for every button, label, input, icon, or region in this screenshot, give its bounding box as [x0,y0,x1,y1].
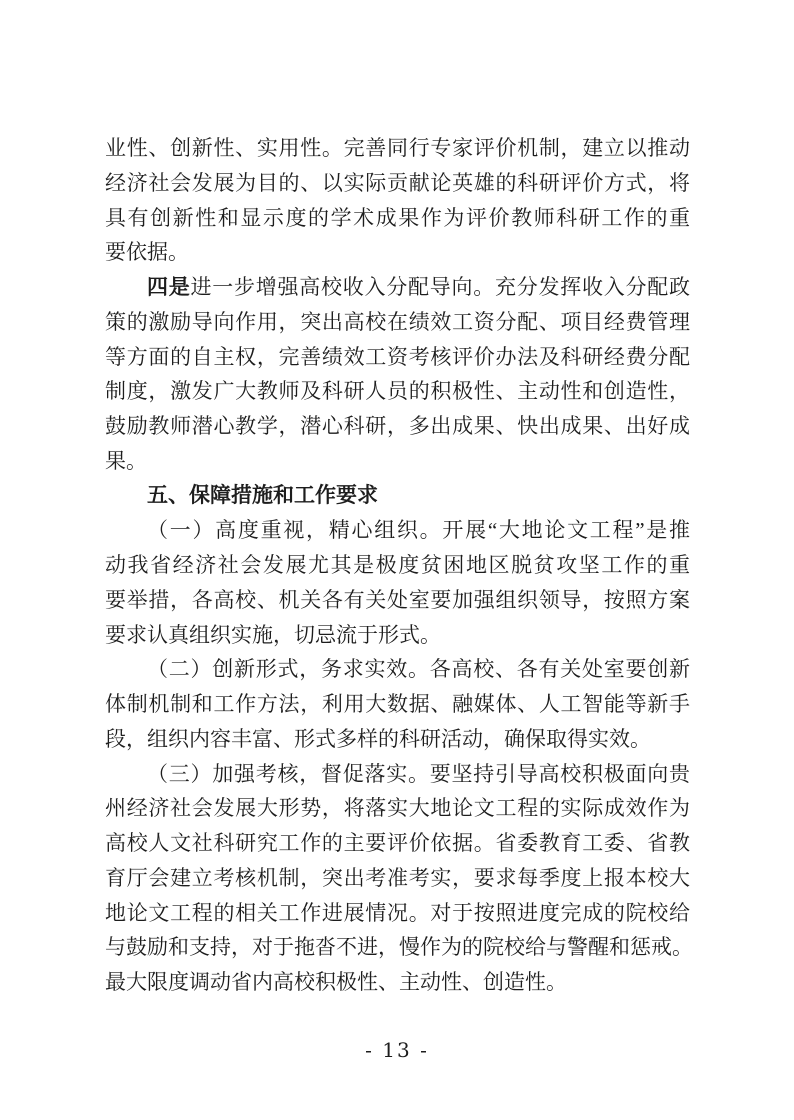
body-paragraph: （三）加强考核，督促落实。要坚持引导高校积极面向贵州经济社会发展大形势，将落实大… [105,757,690,1000]
text-run: 要求认真组织实施，切忌流于形式。 [105,623,441,647]
text-line: 要依据。 [105,235,690,270]
text-run: 动我省经济社会发展尤其是极度贫困地区脱贫攻坚工作的重 [105,553,690,577]
text-line: 动我省经济社会发展尤其是极度贫困地区脱贫攻坚工作的重 [105,548,690,583]
text-line: 育厅会建立考核机制，突出考准考实，要求每季度上报本校大 [105,861,690,896]
text-line: 果。 [105,444,690,479]
text-run: 州经济社会发展大形势，将落实大地论文工程的实际成效作为 [105,796,690,820]
text-line: 鼓励教师潜心教学，潜心科研，多出成果、快出成果、出好成 [105,409,690,444]
text-line: 体制机制和工作方法，利用大数据、融媒体、人工智能等新手 [105,687,690,722]
text-line: 与鼓励和支持，对于拖沓不进，慢作为的院校给与警醒和惩戒。 [105,930,690,965]
page-number: - 13 - [0,1038,794,1062]
text-line: （一）高度重视，精心组织。开展“大地论文工程”是推 [105,513,690,548]
emphasis-text: 五、保障措施和工作要求 [147,484,378,507]
text-run: 最大限度调动省内高校积极性、主动性、创造性。 [105,970,567,994]
text-line: 要求认真组织实施，切忌流于形式。 [105,618,690,653]
text-run: 开展“大地论文工程”是推 [442,518,690,542]
text-line: 要举措，各高校、机关各有关处室要加强组织领导，按照方案 [105,583,690,618]
emphasis-text: 四是 [147,276,191,299]
text-run: 体制机制和工作方法，利用大数据、融媒体、人工智能等新手 [105,692,690,716]
text-line: 最大限度调动省内高校积极性、主动性、创造性。 [105,965,690,1000]
text-line: （二）创新形式，务求实效。各高校、各有关处室要创新 [105,652,690,687]
text-run: 要依据。 [105,240,189,264]
body-paragraph: 四是进一步增强高校收入分配导向。充分发挥收入分配政策的激励导向作用，突出高校在绩… [105,270,690,479]
text-line: 州经济社会发展大形势，将落实大地论文工程的实际成效作为 [105,791,690,826]
text-run: 鼓励教师潜心教学，潜心科研，多出成果、快出成果、出好成 [105,414,690,438]
text-run: 段，组织内容丰富、形式多样的科研活动，确保取得实效。 [105,727,651,751]
text-line: 等方面的自主权，完善绩效工资考核评价办法及科研经费分配 [105,340,690,375]
body-paragraph: （二）创新形式，务求实效。各高校、各有关处室要创新体制机制和工作方法，利用大数据… [105,652,690,756]
text-line: 具有创新性和显示度的学术成果作为评价教师科研工作的重 [105,201,690,236]
text-line: 制度，激发广大教师及科研人员的积极性、主动性和创造性， [105,374,690,409]
text-run: 策的激励导向作用，突出高校在绩效工资分配、项目经费管理 [105,310,690,334]
text-run: 与鼓励和支持，对于拖沓不进，慢作为的院校给与警醒和惩戒。 [105,935,690,959]
text-line: 段，组织内容丰富、形式多样的科研活动，确保取得实效。 [105,722,690,757]
text-run: 要坚持引导高校积极面向贵 [430,762,690,786]
text-run: 果。 [105,449,147,473]
text-run: 各高校、各有关处室要创新 [430,657,690,681]
text-run: 地论文工程的相关工作进展情况。对于按照进度完成的院校给 [105,901,690,925]
text-run: 具有创新性和显示度的学术成果作为评价教师科研工作的重 [105,206,690,230]
text-line: （三）加强考核，督促落实。要坚持引导高校积极面向贵 [105,757,690,792]
body-paragraph: （一）高度重视，精心组织。开展“大地论文工程”是推动我省经济社会发展尤其是极度贫… [105,513,690,652]
text-run: 等方面的自主权，完善绩效工资考核评价办法及科研经费分配 [105,345,690,369]
section-heading: 五、保障措施和工作要求 [105,479,690,514]
text-run: 制度，激发广大教师及科研人员的积极性、主动性和创造性， [105,379,690,403]
text-line: 经济社会发展为目的、以实际贡献论英雄的科研评价方式，将 [105,166,690,201]
text-run: 经济社会发展为目的、以实际贡献论英雄的科研评价方式，将 [105,171,690,195]
body-paragraph: 业性、创新性、实用性。完善同行专家评价机制，建立以推动经济社会发展为目的、以实际… [105,131,690,270]
text-line: 四是进一步增强高校收入分配导向。充分发挥收入分配政 [105,270,690,305]
text-line: 高校人文社科研究工作的主要评价依据。省委教育工委、省教 [105,826,690,861]
text-run: 高校人文社科研究工作的主要评价依据。省委教育工委、省教 [105,831,690,855]
text-line: 策的激励导向作用，突出高校在绩效工资分配、项目经费管理 [105,305,690,340]
text-line: 地论文工程的相关工作进展情况。对于按照进度完成的院校给 [105,896,690,931]
lead-in-text: （三）加强考核，督促落实。 [147,762,430,786]
text-run: 要举措，各高校、机关各有关处室要加强组织领导，按照方案 [105,588,690,612]
text-run: 进一步增强高校收入分配导向。充分发挥收入分配政 [191,275,691,299]
document-page: 业性、创新性、实用性。完善同行专家评价机制，建立以推动经济社会发展为目的、以实际… [0,0,794,1120]
document-body: 业性、创新性、实用性。完善同行专家评价机制，建立以推动经济社会发展为目的、以实际… [105,131,690,1000]
text-run: 业性、创新性、实用性。完善同行专家评价机制，建立以推动 [105,136,690,160]
lead-in-text: （一）高度重视，精心组织。 [147,518,442,542]
text-run: 育厅会建立考核机制，突出考准考实，要求每季度上报本校大 [105,866,690,890]
text-line: 五、保障措施和工作要求 [105,479,690,514]
lead-in-text: （二）创新形式，务求实效。 [147,657,430,681]
text-line: 业性、创新性、实用性。完善同行专家评价机制，建立以推动 [105,131,690,166]
